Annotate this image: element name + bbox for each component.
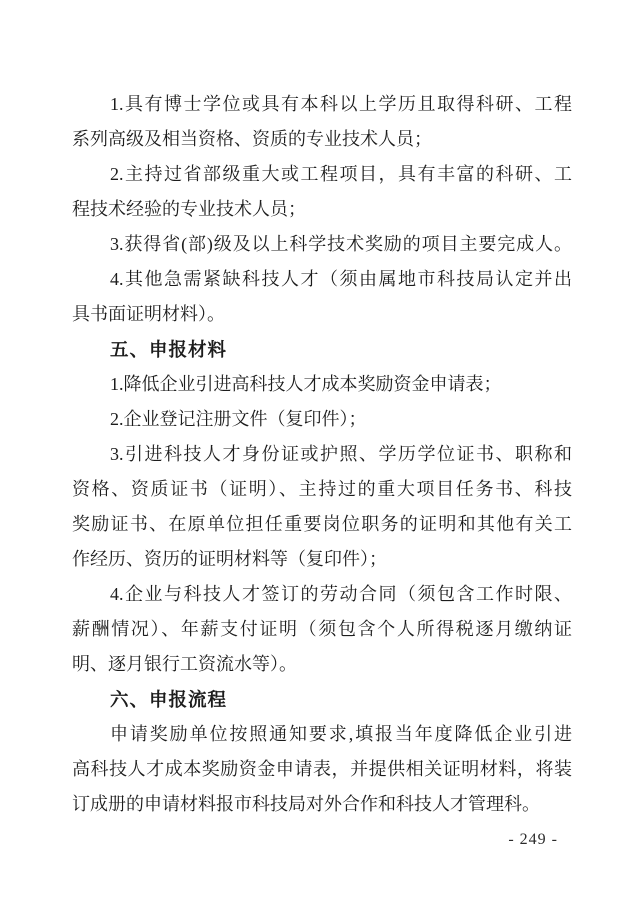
text-line: 薪酬情况）、年薪支付证明（须包含个人所得税逐月缴纳证 bbox=[72, 612, 572, 647]
text-line: 1.降低企业引进高科技人才成本奖励资金申请表； bbox=[72, 367, 572, 402]
document-content: 1.具有博士学位或具有本科以上学历且取得科研、工程 系列高级及相当资格、资质的专… bbox=[72, 87, 572, 822]
text-line: 奖励证书、在原单位担任重要岗位职务的证明和其他有关工 bbox=[72, 507, 572, 542]
text-line: 2.主持过省部级重大或工程项目，具有丰富的科研、工 bbox=[72, 157, 572, 192]
section-heading-application-process: 六、申报流程 bbox=[72, 682, 572, 717]
text-line: 申请奖励单位按照通知要求,填报当年度降低企业引进 bbox=[72, 717, 572, 752]
text-line: 明、逐月银行工资流水等）。 bbox=[72, 647, 572, 682]
text-line: 1.具有博士学位或具有本科以上学历且取得科研、工程 bbox=[72, 87, 572, 122]
text-line: 高科技人才成本奖励资金申请表，并提供相关证明材料，将装 bbox=[72, 752, 572, 787]
text-line: 资格、资质证书（证明）、主持过的重大项目任务书、科技 bbox=[72, 472, 572, 507]
text-line: 4.企业与科技人才签订的劳动合同（须包含工作时限、 bbox=[72, 577, 572, 612]
text-line: 4.其他急需紧缺科技人才（须由属地市科技局认定并出 bbox=[72, 262, 572, 297]
section-heading-application-materials: 五、申报材料 bbox=[72, 332, 572, 367]
text-line: 订成册的申请材料报市科技局对外合作和科技人才管理科。 bbox=[72, 787, 572, 822]
text-line: 3.引进科技人才身份证或护照、学历学位证书、职称和 bbox=[72, 437, 572, 472]
document-page: 1.具有博士学位或具有本科以上学历且取得科研、工程 系列高级及相当资格、资质的专… bbox=[0, 0, 642, 907]
text-line: 2.企业登记注册文件（复印件）； bbox=[72, 402, 572, 437]
page-number: - 249 - bbox=[508, 831, 558, 849]
text-line: 系列高级及相当资格、资质的专业技术人员； bbox=[72, 122, 572, 157]
text-line: 作经历、资历的证明材料等（复印件）； bbox=[72, 542, 572, 577]
text-line: 3.获得省(部)级及以上科学技术奖励的项目主要完成人。 bbox=[72, 227, 572, 262]
text-line: 具书面证明材料）。 bbox=[72, 297, 572, 332]
text-line: 程技术经验的专业技术人员； bbox=[72, 192, 572, 227]
